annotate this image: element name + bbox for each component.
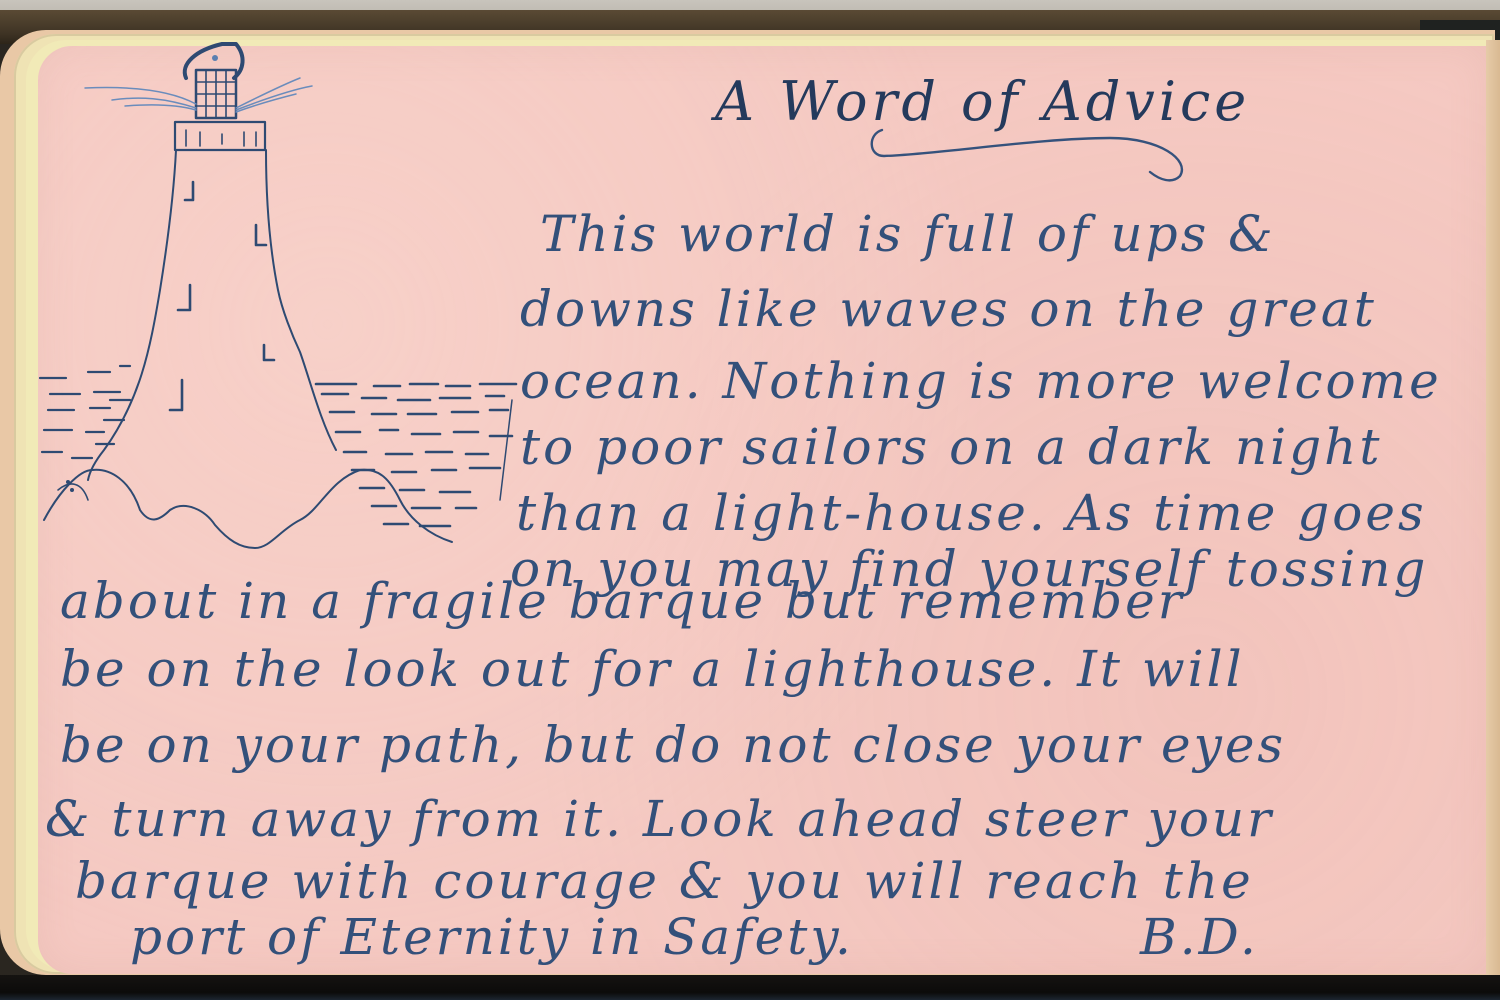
title-underline-flourish-icon — [860, 120, 1200, 190]
body-line: be on the look out for a lighthouse. It … — [60, 640, 1245, 698]
body-line: about in a fragile barque but remember — [60, 572, 1185, 630]
signature: B.D. — [1140, 908, 1259, 966]
body-line: barque with courage & you will reach the — [75, 852, 1254, 910]
body-line: & turn away from it. Look ahead steer yo… — [45, 790, 1274, 848]
body-line: to poor sailors on a dark night — [520, 418, 1382, 476]
body-line: than a light-house. As time goes — [516, 484, 1427, 542]
body-line: port of Eternity in Safety. — [130, 908, 854, 966]
body-line: ocean. Nothing is more welcome — [520, 352, 1442, 410]
body-line: be on your path, but do not close your e… — [60, 716, 1286, 774]
body-line: downs like waves on the great — [520, 280, 1377, 338]
body-line: This world is full of ups & — [540, 205, 1276, 263]
